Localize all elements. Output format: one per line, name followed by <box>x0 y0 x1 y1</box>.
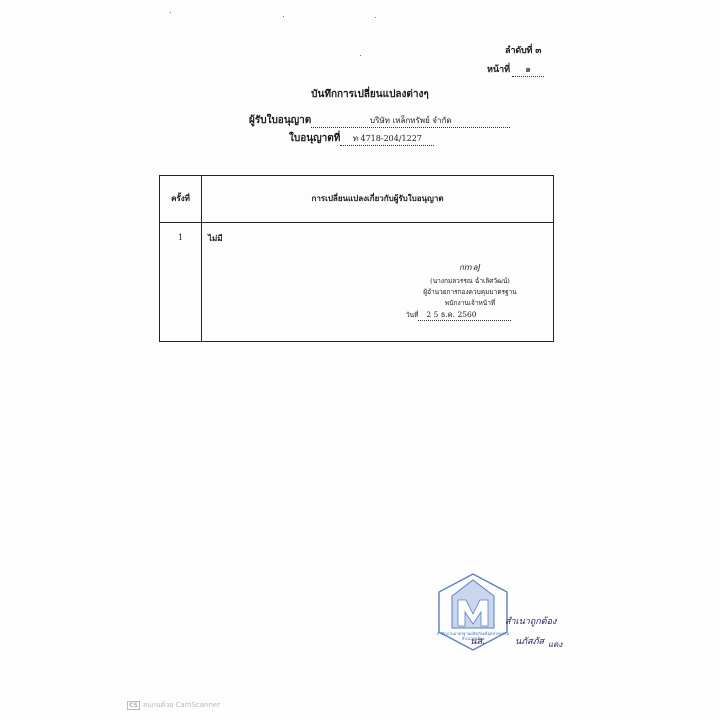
changes-table: ครั้งที่ การเปลี่ยนแปลงเกี่ยวกับผู้รับใบ… <box>159 175 554 342</box>
row-change: ไม่มี <box>208 232 223 245</box>
scan-speck <box>283 16 284 17</box>
camscanner-watermark: CS สแกนด้วย CamScanner <box>127 700 220 711</box>
column-header-number: ครั้งที่ <box>160 192 201 205</box>
signer-role: พนักงานเจ้าหน้าที่ <box>400 298 540 309</box>
signature-scribble: กmลJ <box>400 262 540 273</box>
page-number-label: หน้าที่ <box>487 65 510 75</box>
signer-name: (นางกมลวรรณ ฉ่ำเลิศวัฒน์) <box>400 276 540 287</box>
date-value: 2 5 ธ.ค. 2560 <box>418 309 511 321</box>
official-signature-block: กmลJ (นางกมลวรรณ ฉ่ำเลิศวัฒน์) ผู้อำนวยก… <box>400 262 540 321</box>
licensee-value: บริษัท เหล็กทรัพย์ จำกัด <box>311 114 510 128</box>
signer-position: ผู้อำนวยการกองควบคุมมาตรฐาน <box>400 287 540 298</box>
handwritten-suffix: แดง <box>548 638 562 651</box>
licensee-label: ผู้รับใบอนุญาต <box>249 115 311 126</box>
watermark-text: สแกนด้วย CamScanner <box>143 700 220 711</box>
license-number-value: ท 4718-204/1227 <box>340 132 434 146</box>
scan-speck <box>360 55 361 56</box>
signature-date: วันที่2 5 ธ.ค. 2560 <box>400 309 540 321</box>
handwritten-certification: สำเนาถูกต้อง <box>505 614 556 628</box>
handwritten-name: นภัสภัส <box>515 634 544 648</box>
date-label: วันที่ <box>406 311 418 319</box>
sequence-number: ลำดับที่ ๓ <box>505 43 541 57</box>
licensee-field: ผู้รับใบอนุญาตบริษัท เหล็กทรัพย์ จำกัด <box>249 113 510 128</box>
page-number-value: ๑ <box>512 62 544 77</box>
scan-speck <box>375 17 376 18</box>
row-number: 1 <box>160 233 201 242</box>
license-number-field: ใบอนุญาตที่ท 4718-204/1227 <box>289 131 434 146</box>
document-title: บันทึกการเปลี่ยนแปลงต่างๆ <box>0 87 720 102</box>
scanned-document-page: ลำดับที่ ๓ หน้าที่๑ บันทึกการเปลี่ยนแปลง… <box>0 0 720 720</box>
camscanner-logo-icon: CS <box>127 701 140 710</box>
scan-speck <box>170 12 171 13</box>
header-divider <box>160 222 553 223</box>
page-number: หน้าที่๑ <box>487 62 544 77</box>
handwritten-prefix: นส. <box>470 634 485 649</box>
column-header-change: การเปลี่ยนแปลงเกี่ยวกับผู้รับใบอนุญาต <box>202 192 553 205</box>
license-number-label: ใบอนุญาตที่ <box>289 133 340 144</box>
